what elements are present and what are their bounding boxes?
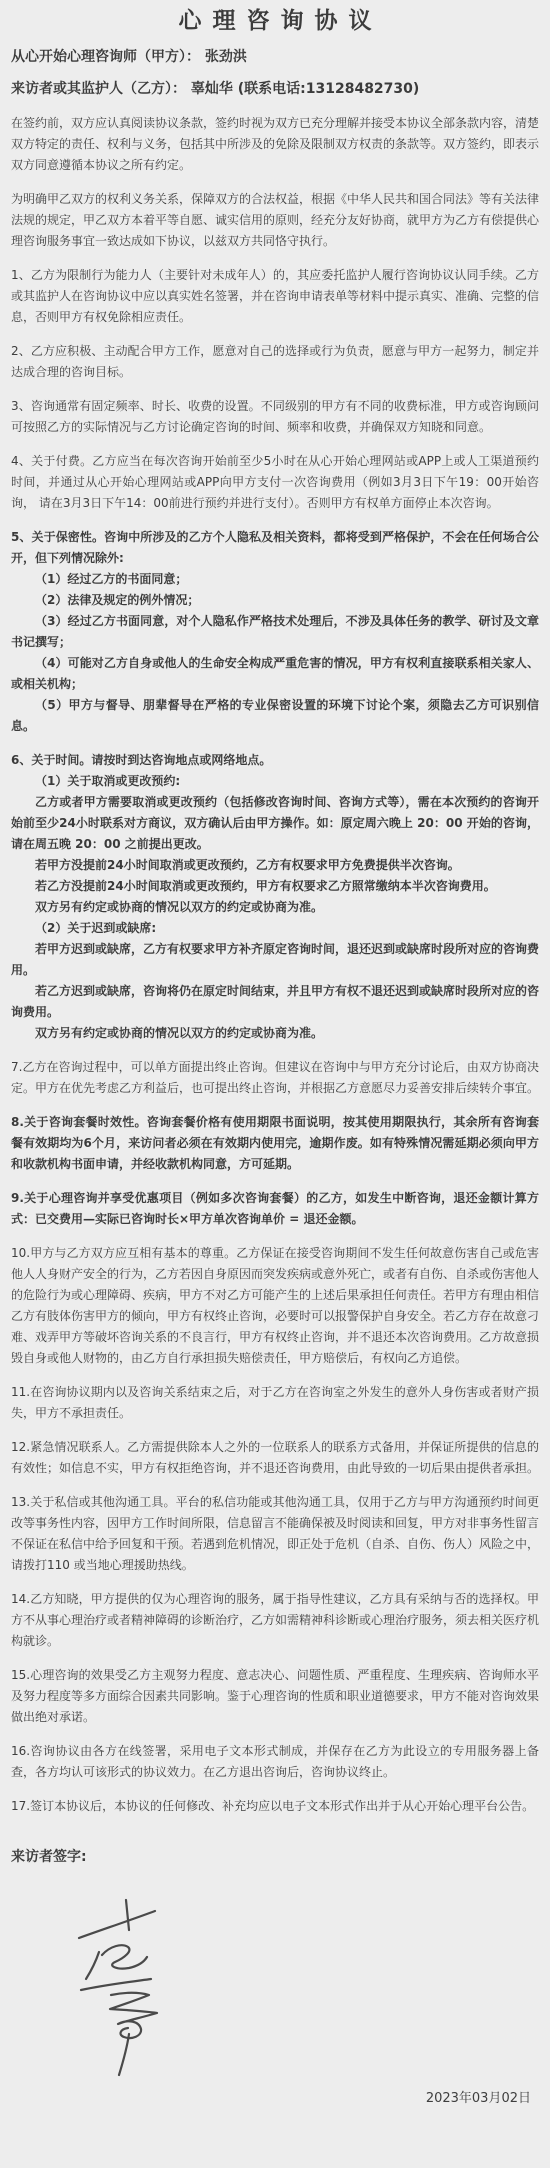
paragraph: 6、关于时间。请按时到达咨询地点或网络地点。 bbox=[11, 750, 539, 771]
paragraph: 16.咨询协议由各方在线签署，采用电子文本形式制成，并保存在乙方为此设立的专用服… bbox=[11, 1741, 539, 1783]
paragraph: 9.关于心理咨询并享受优惠项目（例如多次咨询套餐）的乙方，如发生中断咨询，退还金… bbox=[11, 1188, 539, 1230]
agreement-body: 在签约前，双方应认真阅读协议条款，签约时视为双方已充分理解并接受本协议全部条款内… bbox=[11, 113, 539, 1817]
paragraph: 若乙方迟到或缺席，咨询将仍在原定时间结束，并且甲方有权不退还迟到或缺席时段所对应… bbox=[11, 981, 539, 1023]
paragraph: （1）关于取消或更改预约: bbox=[11, 771, 539, 792]
paragraph: （2）关于迟到或缺席: bbox=[11, 918, 539, 939]
paragraph: 12.紧急情况联系人。乙方需提供除本人之外的一位联系人的联系方式备用，并保证所提… bbox=[11, 1437, 539, 1479]
paragraph: 乙方或者甲方需要取消或更改预约（包括修改咨询时间、咨询方式等），需在本次预约的咨… bbox=[11, 792, 539, 855]
paragraph: 17.签订本协议后，本协议的任何修改、补充均应以电子文本形式作出并于从心开始心理… bbox=[11, 1796, 539, 1817]
paragraph: 10.甲方与乙方双方应互相有基本的尊重。乙方保证在接受咨询期间不发生任何故意伤害… bbox=[11, 1243, 539, 1369]
paragraph: 15.心理咨询的效果受乙方主观努力程度、意志决心、问题性质、严重程度、生理疾病、… bbox=[11, 1665, 539, 1728]
handwritten-signature-drawing bbox=[59, 1882, 189, 2078]
paragraph: （1）经过乙方的书面同意； bbox=[11, 569, 539, 590]
page-title: 心理咨询协议 bbox=[11, 6, 539, 36]
paragraph: 2、乙方应积极、主动配合甲方工作，愿意对自己的选择或行为负责，愿意与甲方一起努力… bbox=[11, 341, 539, 383]
paragraph: 8.关于咨询套餐时效性。咨询套餐价格有使用期限书面说明，按其使用期限执行，其余所… bbox=[11, 1112, 539, 1175]
paragraph: 14.乙方知晓，甲方提供的仅为心理咨询的服务，属于指导性建议，乙方具有采纳与否的… bbox=[11, 1589, 539, 1652]
signing-date: 2023年03月02日 bbox=[11, 2090, 539, 2108]
paragraph: 双方另有约定或协商的情况以双方的约定或协商为准。 bbox=[11, 897, 539, 918]
paragraph: 在签约前，双方应认真阅读协议条款，签约时视为双方已充分理解并接受本协议全部条款内… bbox=[11, 113, 539, 176]
paragraph: （5）甲方与督导、朋辈督导在严格的专业保密设置的环境下讨论个案，须隐去乙方可识别… bbox=[11, 695, 539, 737]
visitor-signature bbox=[59, 1882, 189, 2078]
paragraph: 13.关于私信或其他沟通工具。平台的私信功能或其他沟通工具，仅用于乙方与甲方沟通… bbox=[11, 1492, 539, 1576]
paragraph: （3）经过乙方书面同意，对个人隐私作严格技术处理后，不涉及具体任务的教学、研讨及… bbox=[11, 611, 539, 653]
paragraph: 双方另有约定或协商的情况以双方的约定或协商为准。 bbox=[11, 1023, 539, 1044]
paragraph: 若甲方没提前24小时间取消或更改预约，乙方有权要求甲方免费提供半次咨询。 bbox=[11, 855, 539, 876]
paragraph: （2）法律及规定的例外情况； bbox=[11, 590, 539, 611]
visitor-signature-label: 来访者签字: bbox=[11, 1847, 539, 1868]
paragraph: 5、关于保密性。咨询中所涉及的乙方个人隐私及相关资料，都将受到严格保护，不会在任… bbox=[11, 527, 539, 569]
party-a-line: 从心开始心理咨询师（甲方）： 张劲洪 bbox=[11, 47, 539, 68]
paragraph: 3、咨询通常有固定频率、时长、收费的设置。不同级别的甲方有不同的收费标准，甲方或… bbox=[11, 396, 539, 438]
paragraph: 若甲方迟到或缺席，乙方有权要求甲方补齐原定咨询时间，退还迟到或缺席时段所对应的咨… bbox=[11, 939, 539, 981]
paragraph: 1、乙方为限制行为能力人（主要针对未成年人）的，其应委托监护人履行咨询协议认同手… bbox=[11, 265, 539, 328]
paragraph: 11.在咨询协议期内以及咨询关系结束之后，对于乙方在咨询室之外发生的意外人身伤害… bbox=[11, 1382, 539, 1424]
agreement-document: 心理咨询协议 从心开始心理咨询师（甲方）： 张劲洪 来访者或其监护人（乙方）： … bbox=[0, 0, 550, 2168]
paragraph: 若乙方没提前24小时间取消或更改预约，甲方有权要求乙方照常缴纳本半次咨询费用。 bbox=[11, 876, 539, 897]
party-b-line: 来访者或其监护人（乙方）： 辜灿华 (联系电话:13128482730) bbox=[11, 79, 539, 100]
paragraph: 4、关于付费。乙方应当在每次咨询开始前至少5小时在从心开始心理网站或APP上或人… bbox=[11, 451, 539, 514]
paragraph: （4）可能对乙方自身或他人的生命安全构成严重危害的情况，甲方有权利直接联系相关家… bbox=[11, 653, 539, 695]
paragraph: 为明确甲乙双方的权利义务关系，保障双方的合法权益，根据《中华人民共和国合同法》等… bbox=[11, 189, 539, 252]
paragraph: 7.乙方在咨询过程中，可以单方面提出终止咨询。但建议在咨询中与甲方充分讨论后，由… bbox=[11, 1057, 539, 1099]
